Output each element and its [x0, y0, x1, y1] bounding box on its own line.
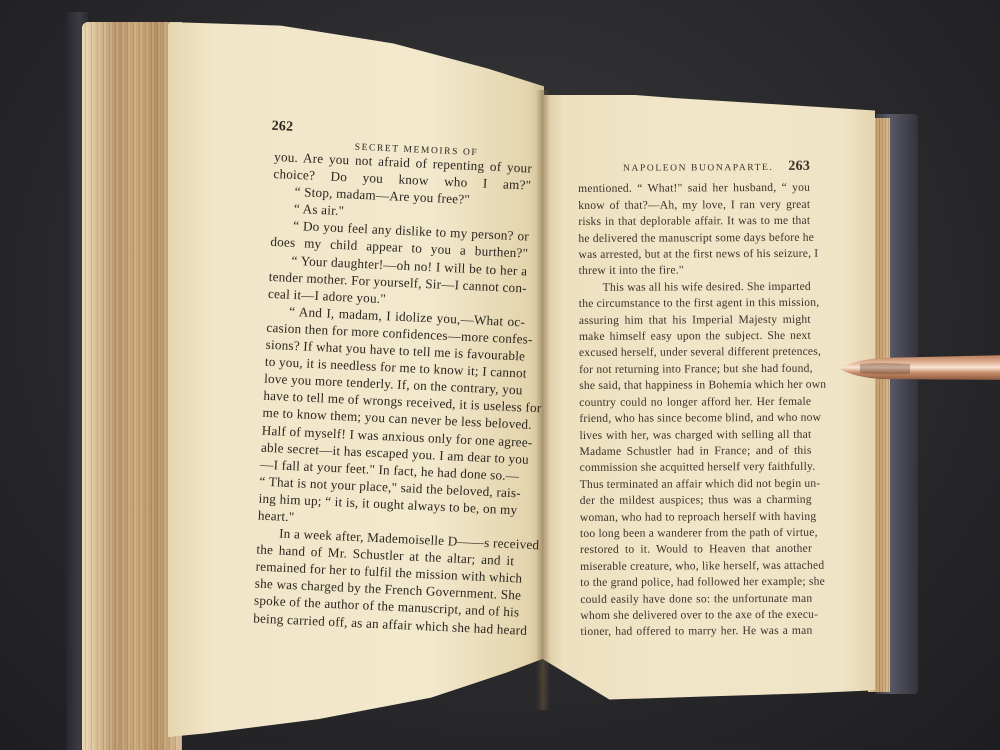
pen-pointer-icon: [840, 352, 1000, 382]
text-line: make himself easy upon the subject. She …: [579, 328, 811, 346]
text-line: restored to it. Would to Heaven that ano…: [580, 541, 812, 559]
text-line: miserable creature, who, like herself, w…: [580, 558, 812, 576]
text-line: der the mildest auspices; thus was a cha…: [580, 492, 812, 510]
text-line: know of that?—Ah, my love, I ran very gr…: [578, 197, 810, 215]
page-number-right: 263: [788, 159, 810, 176]
text-line: tioner, had offered to marry her. He was…: [580, 623, 812, 641]
left-fore-edge: [82, 22, 182, 750]
text-line: too long been a wanderer from the path o…: [580, 525, 812, 543]
text-line: could easily have done so: the unfortuna…: [580, 590, 812, 608]
text-line: This was all his wife desired. She impar…: [579, 279, 811, 297]
running-head-right: NAPOLEON BUONAPARTE.: [623, 160, 773, 177]
text-line: Thus terminated an affair which did not …: [580, 475, 812, 493]
right-page-text: NAPOLEON BUONAPARTE. 263 mentioned. “ Wh…: [578, 159, 813, 641]
book-photo: 262 SECRET MEMOIRS OF you. Are you not a…: [0, 0, 1000, 750]
text-line: friend, who has since become blind, and …: [579, 410, 811, 428]
text-line: threw it into the fire.": [579, 262, 811, 280]
text-line: whom she delivered over to the axe of th…: [580, 607, 812, 625]
text-line: mentioned. “ What!" said her husband, “ …: [578, 180, 810, 198]
text-line: she said, that happiness in Bohemia whic…: [579, 377, 811, 395]
text-line: to the grand police, had followed her ex…: [580, 574, 812, 592]
text-line: woman, who had to reproach herself with …: [580, 508, 812, 526]
text-line: commission she acquitted herself very fa…: [580, 459, 812, 477]
text-line: lives with her, was charged with selling…: [579, 426, 811, 444]
text-line: excused herself, under several different…: [579, 344, 811, 362]
text-line: assuring him that his Imperial Majesty m…: [579, 311, 811, 329]
text-line: risks in that deplorable affair. It was …: [578, 213, 810, 231]
text-line: country could no longer afford her. Her …: [579, 393, 811, 411]
left-page-text: 262 SECRET MEMOIRS OF you. Are you not a…: [253, 118, 534, 638]
text-line: Madame Schustler had in France; and of t…: [579, 443, 811, 461]
text-line: the circumstance to the first agent in t…: [579, 295, 811, 313]
text-line: was arrested, but at the first news of h…: [578, 246, 810, 264]
text-line: for not returning into France; but she h…: [579, 361, 811, 379]
right-page-header: NAPOLEON BUONAPARTE. 263: [578, 159, 810, 178]
page-number-left: 262: [271, 118, 293, 136]
text-line: he delivered the manuscript some days be…: [578, 229, 810, 247]
